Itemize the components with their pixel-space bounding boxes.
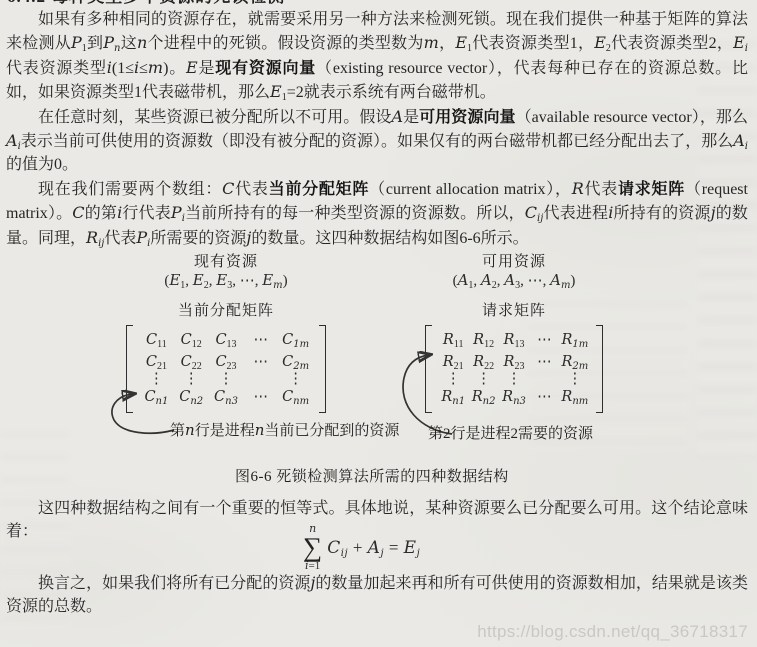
book-page: 6.4.2 每种类型多个资源的死锁检测 如果有多种相同的资源存在，就需要采用另一… [0, 0, 757, 647]
allocation-arrow-label: 第n行是进程n当前已分配到的资源 [170, 419, 399, 440]
matrix-row: C21C22C23⋯C2m [139, 352, 313, 373]
existing-resource-vector: (E1, E2, E3, ⋯, Em) [116, 271, 336, 290]
matrix-cell: C12 [174, 332, 209, 349]
matrix-row: C11C12C13⋯C1m [139, 330, 313, 351]
right-bracket [596, 325, 603, 413]
paragraph-conclusion: 换言之，如果我们将所有已分配的资源j的数量加起来再和所有可供使用的资源数相加，结… [6, 571, 748, 619]
matrix-cell: R13 [499, 332, 529, 349]
section-heading-clipped: 6.4.2 每种类型多个资源的死锁检测 [7, 0, 285, 7]
available-resource-vector: (A1, A2, A3, ⋯, Am) [415, 271, 613, 290]
matrix-cell: C22 [174, 354, 209, 371]
matrix-cell: ⋯ [243, 354, 278, 371]
paragraph-matrices: 现在我们需要两个数组：C代表当前分配矩阵（current allocation … [6, 177, 748, 250]
paragraph-existing-vector: 如果有多种相同的资源存在，就需要采用另一种方法来检测死锁。现在我们提供一种基于矩… [6, 8, 748, 105]
matrix-cell: ⋯ [529, 354, 559, 371]
figure-caption: 图6-6 死锁检测算法所需的四种数据结构 [235, 465, 509, 486]
matrix-cell: ⋮ [278, 371, 313, 388]
existing-resources-title: 现有资源 [126, 250, 326, 271]
matrix-cell: C23 [209, 354, 244, 371]
intro-text: 如果有多种相同的资源存在，就需要采用另一种方法来检测死锁。现在我们提供一种基于矩… [6, 8, 748, 250]
figure-6-6: 现有资源 可用资源 (E1, E2, E3, ⋯, Em) (A1, A2, A… [0, 246, 757, 490]
matrix-cell: R12 [468, 332, 498, 349]
matrix-cell: ⋯ [243, 389, 278, 406]
watermark: https://blog.csdn.net/qq_36718317 [477, 622, 748, 642]
matrix-cell: R22 [468, 354, 498, 371]
matrix-cell: C2m [278, 354, 313, 371]
matrix-cell: C1m [278, 332, 313, 349]
matrix-cell: ⋮ [139, 371, 174, 388]
matrix-cell: ⋯ [243, 332, 278, 349]
matrix-cell: Rnm [560, 389, 590, 406]
matrix-cell: ⋮ [174, 371, 209, 388]
matrix-cell: Cn3 [209, 389, 244, 406]
matrix-cell: ⋮ [209, 371, 244, 388]
paragraph-available-vector: 在任意时刻，某些资源已被分配所以不可用。假设A是可用资源向量（available… [6, 105, 748, 177]
identity-formula: n ∑ i=1 Cij + Aj = Ej [303, 524, 420, 572]
curved-arrow-row-n-icon [100, 388, 180, 440]
matrix-cell: C13 [209, 332, 244, 349]
matrix-cell: ⋮ [468, 371, 498, 388]
formula-body: Cij + Aj = Ej [327, 538, 420, 558]
matrix-cell: ⋮ [560, 371, 590, 388]
matrix-cell: ⋯ [529, 332, 559, 349]
matrix-cell: R2m [560, 354, 590, 371]
matrix-cell: C11 [139, 332, 174, 349]
matrix-cell: R23 [499, 354, 529, 371]
summation-symbol: n ∑ i=1 [303, 524, 322, 572]
allocation-matrix-title: 当前分配矩阵 [126, 299, 326, 320]
matrix-cell: ⋯ [529, 389, 559, 406]
matrix-cell: R11 [438, 332, 468, 349]
matrix-cell: C21 [139, 354, 174, 371]
matrix-cell: R1m [560, 332, 590, 349]
matrix-cell: Rn2 [468, 389, 498, 406]
request-matrix-title: 请求矩阵 [425, 299, 603, 320]
matrix-cell: Rn3 [499, 389, 529, 406]
right-bracket [319, 325, 326, 413]
request-arrow-label: 第2行是进程2需要的资源 [428, 422, 593, 443]
matrix-row: ⋮⋮⋮⋮ [139, 373, 313, 386]
matrix-cell: Cnm [278, 389, 313, 406]
available-resources-title: 可用资源 [425, 250, 603, 271]
matrix-cell: ⋮ [499, 371, 529, 388]
